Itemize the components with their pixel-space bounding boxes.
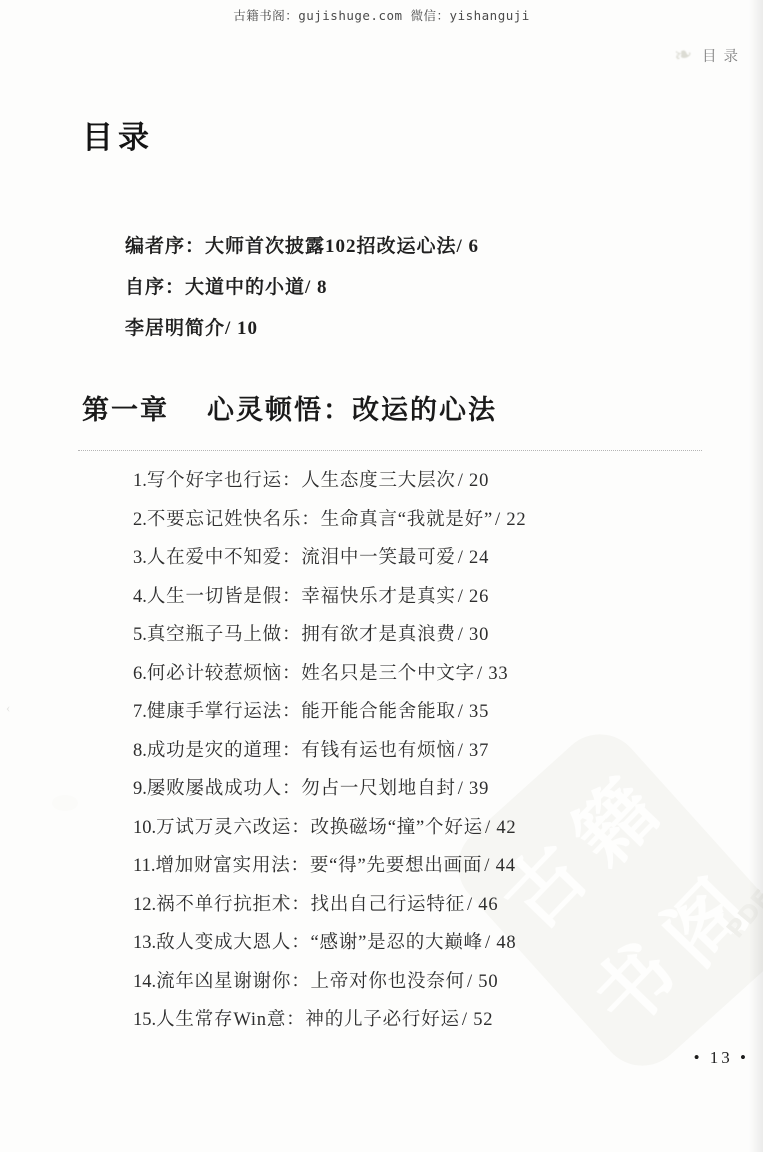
toc-item-title: 人生常存Win意：神的儿子必行好运: [156, 1010, 460, 1030]
toc-item: 7.健康手掌行运法：能开能合能舍能取/ 35: [133, 693, 733, 732]
running-head: ❧ 目录: [674, 42, 745, 68]
chapter-title: 心灵顿悟：改运的心法: [207, 395, 497, 425]
toc-item-title: 屡败屡战成功人：勿占一尺划地自封: [147, 779, 456, 799]
toc-item-title: 人在爱中不知爱：流泪中一笑最可爱: [147, 548, 456, 568]
front-matter-item: 自序：大道中的小道/ 8: [125, 267, 703, 308]
page-edge-shadow: [749, 0, 763, 1152]
toc-item-title: 敌人变成大恩人：“感谢”是忍的大巅峰: [156, 933, 483, 953]
toc-item: 14.流年凶星谢谢你：上帝对你也没奈何/ 50: [133, 963, 733, 1002]
toc-item-title: 人生一切皆是假：幸福快乐才是真实: [147, 587, 456, 607]
toc-item: 13.敌人变成大恩人：“感谢”是忍的大巅峰/ 48: [133, 924, 733, 963]
toc-item-page-ref: / 35: [458, 702, 489, 722]
toc-item-title: 增加财富实用法：要“得”先要想出画面: [155, 856, 482, 876]
toc-item-number: 14.: [133, 972, 156, 992]
toc-item-page-ref: / 22: [495, 510, 526, 530]
toc-item-title: 真空瓶子马上做：拥有欲才是真浪费: [147, 625, 456, 645]
toc-item-page-ref: / 37: [458, 741, 489, 761]
toc-item-page-ref: / 33: [477, 664, 508, 684]
scan-smudge: [52, 795, 78, 811]
toc-item-page-ref: / 52: [462, 1010, 493, 1030]
toc-item-page-ref: / 42: [485, 818, 516, 838]
toc-item-title: 流年凶星谢谢你：上帝对你也没奈何: [156, 972, 465, 992]
toc-item-number: 13.: [133, 933, 156, 953]
toc-item: 15.人生常存Win意：神的儿子必行好运/ 52: [133, 1001, 733, 1040]
toc-item-title: 不要忘记姓快名乐：生命真言“我就是好”: [147, 510, 493, 530]
toc-item-title: 万试万灵六改运：改换磁场“撞”个好运: [156, 818, 483, 838]
toc-item: 11.增加财富实用法：要“得”先要想出画面/ 44: [133, 847, 733, 886]
toc-item: 4.人生一切皆是假：幸福快乐才是真实/ 26: [133, 578, 733, 617]
front-matter-title: 编者序：大师首次披露102招改运心法: [125, 236, 457, 257]
toc-item-number: 12.: [133, 895, 156, 915]
toc-list: 1.写个好字也行运：人生态度三大层次/ 20 2.不要忘记姓快名乐：生命真言“我…: [133, 462, 733, 1040]
toc-item-number: 5.: [133, 625, 147, 645]
toc-item-number: 11.: [133, 856, 155, 876]
site-watermark-header: 古籍书阁：gujishuge.com 微信：yishanguji: [0, 6, 763, 24]
toc-item: 6.何必计较惹烦恼：姓名只是三个中文字/ 33: [133, 655, 733, 694]
toc-item-title: 成功是灾的道理：有钱有运也有烦恼: [147, 741, 456, 761]
toc-item-number: 15.: [133, 1010, 156, 1030]
page-title: 目录: [82, 112, 154, 157]
front-matter-item: 李居明简介/ 10: [125, 308, 703, 349]
toc-item: 12.祸不单行抗拒术：找出自己行运特征/ 46: [133, 886, 733, 925]
chapter-divider: [78, 450, 702, 451]
toc-item-page-ref: / 20: [458, 471, 489, 491]
toc-item-number: 1.: [133, 471, 147, 491]
chapter-heading: 第一章心灵顿悟：改运的心法: [82, 388, 703, 427]
toc-item-page-ref: / 26: [458, 587, 489, 607]
front-matter-title: 李居明简介: [125, 318, 225, 339]
toc-item: 5.真空瓶子马上做：拥有欲才是真浪费/ 30: [133, 616, 733, 655]
book-page: 古籍书阁：gujishuge.com 微信：yishanguji ❧ 目录 目录…: [0, 0, 763, 1152]
toc-item: 3.人在爱中不知爱：流泪中一笑最可爱/ 24: [133, 539, 733, 578]
toc-item-title: 写个好字也行运：人生态度三大层次: [147, 471, 456, 491]
front-matter-list: 编者序：大师首次披露102招改运心法/ 6 自序：大道中的小道/ 8 李居明简介…: [125, 226, 703, 349]
toc-item-page-ref: / 44: [484, 856, 515, 876]
toc-item-page-ref: / 48: [485, 933, 516, 953]
toc-item: 10.万试万灵六改运：改换磁场“撞”个好运/ 42: [133, 809, 733, 848]
page-number: • 13 •: [694, 1048, 749, 1068]
front-matter-page-ref: / 8: [305, 277, 328, 298]
front-matter-title: 自序：大道中的小道: [125, 277, 305, 298]
front-matter-page-ref: / 6: [457, 236, 480, 257]
toc-item-page-ref: / 50: [467, 972, 498, 992]
toc-item-page-ref: / 39: [458, 779, 489, 799]
toc-item-title: 祸不单行抗拒术：找出自己行运特征: [156, 895, 465, 915]
toc-item: 8.成功是灾的道理：有钱有运也有烦恼/ 37: [133, 732, 733, 771]
toc-item-number: 10.: [133, 818, 156, 838]
toc-item-number: 4.: [133, 587, 147, 607]
chapter-number: 第一章: [82, 395, 169, 425]
toc-item-number: 2.: [133, 510, 147, 530]
toc-item-page-ref: / 24: [458, 548, 489, 568]
toc-item-number: 3.: [133, 548, 147, 568]
front-matter-page-ref: / 10: [225, 318, 258, 339]
toc-item-number: 6.: [133, 664, 147, 684]
toc-item-number: 7.: [133, 702, 147, 722]
toc-item: 9.屡败屡战成功人：勿占一尺划地自封/ 39: [133, 770, 733, 809]
toc-item-page-ref: / 46: [467, 895, 498, 915]
leaf-flourish-icon: ❧: [671, 40, 694, 69]
scan-artifact-mark: ‹: [6, 700, 10, 716]
toc-item-title: 健康手掌行运法：能开能合能舍能取: [147, 702, 456, 722]
toc-item: 1.写个好字也行运：人生态度三大层次/ 20: [133, 462, 733, 501]
front-matter-item: 编者序：大师首次披露102招改运心法/ 6: [125, 226, 703, 267]
toc-item-number: 9.: [133, 779, 147, 799]
toc-item: 2.不要忘记姓快名乐：生命真言“我就是好”/ 22: [133, 501, 733, 540]
toc-item-number: 8.: [133, 741, 147, 761]
toc-item-title: 何必计较惹烦恼：姓名只是三个中文字: [147, 664, 475, 684]
running-head-label: 目录: [702, 45, 745, 66]
toc-item-page-ref: / 30: [458, 625, 489, 645]
